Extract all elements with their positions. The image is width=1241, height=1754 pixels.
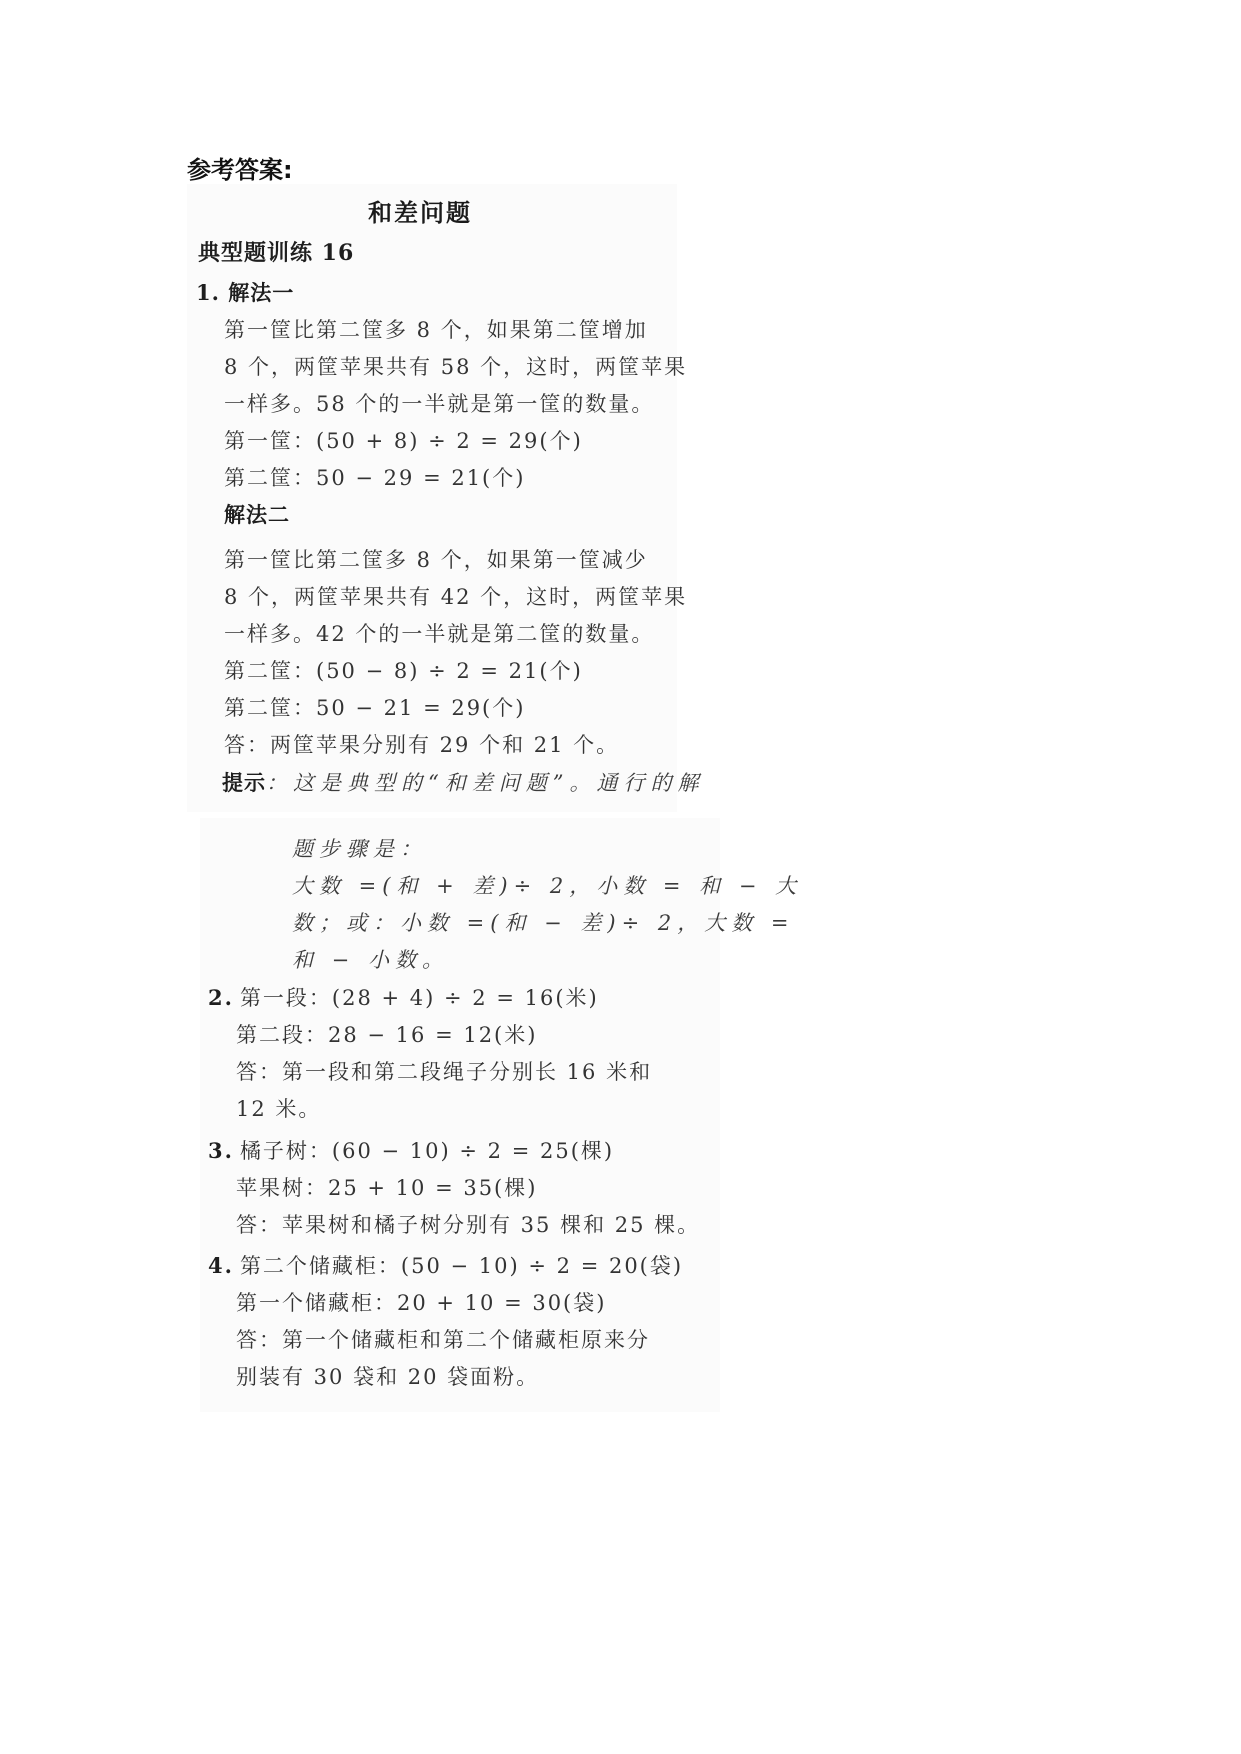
q4-text: 第二个储藏柜：(50 − 10) ÷ 2 = 20(袋) <box>240 1254 683 1278</box>
tip-line: 数；或：小数 =(和 − 差)÷ 2，大数 = <box>292 910 795 936</box>
q2-line: 第二段：28 − 16 = 12(米) <box>236 1022 537 1048</box>
q1-method1-line: 8 个，两筐苹果共有 58 个，这时，两筐苹果 <box>224 354 687 380</box>
q1-method1-label: 解法一 <box>228 280 294 305</box>
q4-number: 4. <box>208 1253 234 1278</box>
q4-line: 答：第一个储藏柜和第二个储藏柜原来分 <box>236 1327 650 1353</box>
q3-text: 橘子树：(60 − 10) ÷ 2 = 25(棵) <box>240 1139 614 1163</box>
tip-line: 大数 =(和 + 差)÷ 2，小数 = 和 − 大 <box>292 873 802 899</box>
q2-line: 12 米。 <box>236 1096 321 1122</box>
doc-subtitle: 典型题训练 16 <box>198 240 354 266</box>
q1-method2-label: 解法二 <box>224 502 290 528</box>
q2-line: 答：第一段和第二段绳子分别长 16 米和 <box>236 1059 652 1085</box>
q1-method2-line: 8 个，两筐苹果共有 42 个，这时，两筐苹果 <box>224 584 687 610</box>
tip-line: 和 − 小数。 <box>292 947 449 973</box>
tip-line: 题步骤是： <box>292 836 427 862</box>
tip-text: ：这是典型的“和差问题”。通行的解 <box>266 771 704 795</box>
q1-header: 1. 解法一 <box>196 280 294 306</box>
q1-method2-line: 第一筐比第二筐多 8 个，如果第一筐减少 <box>224 547 648 573</box>
q1-method1-line: 第二筐：50 − 29 = 21(个) <box>224 465 525 491</box>
q3-line: 苹果树：25 + 10 = 35(棵) <box>236 1175 537 1201</box>
q2-line: 2.第一段：(28 + 4) ÷ 2 = 16(米) <box>208 985 599 1011</box>
q1-method2-line: 一样多。42 个的一半就是第二筐的数量。 <box>224 621 654 647</box>
q3-line: 答：苹果树和橘子树分别有 35 棵和 25 棵。 <box>236 1212 700 1238</box>
q4-line: 4.第二个储藏柜：(50 − 10) ÷ 2 = 20(袋) <box>208 1253 683 1279</box>
q1-answer: 答：两筐苹果分别有 29 个和 21 个。 <box>224 732 619 758</box>
q3-line: 3.橘子树：(60 − 10) ÷ 2 = 25(棵) <box>208 1138 614 1164</box>
tip-label: 提示 <box>222 770 266 795</box>
q1-method1-line: 第一筐：(50 + 8) ÷ 2 = 29(个) <box>224 428 583 454</box>
q4-line: 别装有 30 袋和 20 袋面粉。 <box>236 1364 539 1390</box>
q4-line: 第一个储藏柜：20 + 10 = 30(袋) <box>236 1290 606 1316</box>
q1-tip: 提示：这是典型的“和差问题”。通行的解 <box>222 770 704 796</box>
q1-method2-line: 第二筐：(50 − 8) ÷ 2 = 21(个) <box>224 658 583 684</box>
doc-title: 和差问题 <box>368 200 472 226</box>
page-heading: 参考答案: <box>187 150 293 185</box>
q2-text: 第一段：(28 + 4) ÷ 2 = 16(米) <box>240 986 599 1010</box>
q2-number: 2. <box>208 985 234 1010</box>
q1-method1-line: 第一筐比第二筐多 8 个，如果第二筐增加 <box>224 317 648 343</box>
q1-method2-line: 第二筐：50 − 21 = 29(个) <box>224 695 525 721</box>
q1-method1-line: 一样多。58 个的一半就是第一筐的数量。 <box>224 391 654 417</box>
q1-number: 1. <box>196 280 220 305</box>
q3-number: 3. <box>208 1138 234 1163</box>
